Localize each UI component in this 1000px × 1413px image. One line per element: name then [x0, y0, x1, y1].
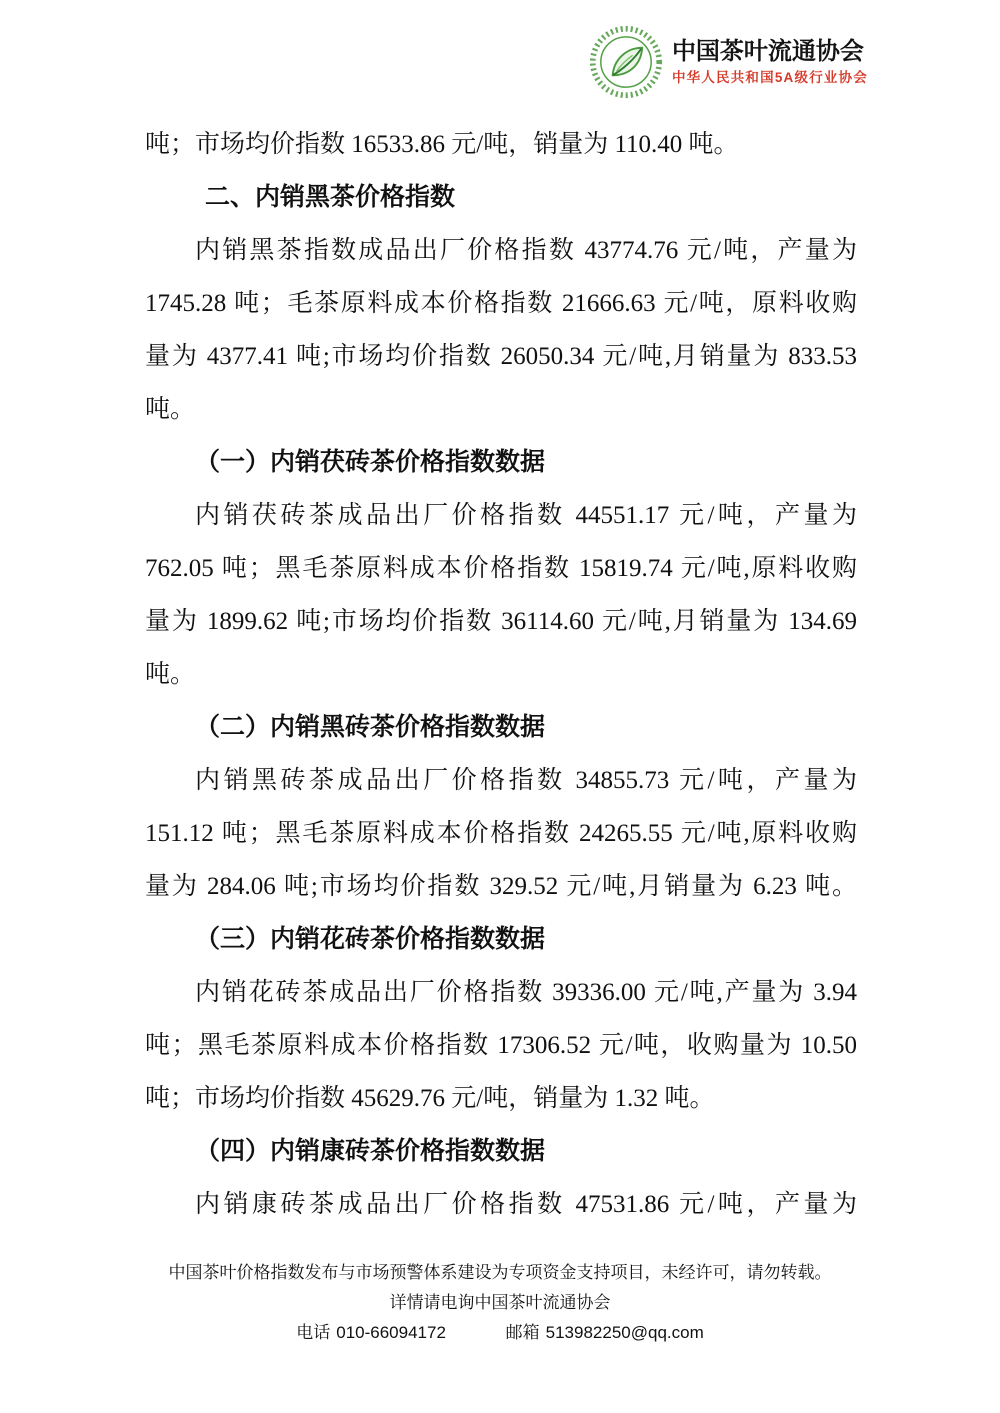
- body-line: 内销茯砖茶成品出厂价格指数 44551.17 元/吨，产量为: [145, 489, 857, 542]
- body-line: 内销康砖茶成品出厂价格指数 47531.86 元/吨，产量为: [145, 1178, 857, 1231]
- body-line: 吨。: [145, 648, 857, 701]
- footer-email-group: 邮箱513982250@qq.com: [506, 1323, 704, 1342]
- body-line: 量为 1899.62 吨;市场均价指数 36114.60 元/吨,月销量为 13…: [145, 595, 857, 648]
- body-line: 1745.28 吨；毛茶原料成本价格指数 21666.63 元/吨，原料收购: [145, 277, 857, 330]
- body-line: 吨；黑毛茶原料成本价格指数 17306.52 元/吨，收购量为 10.50: [145, 1019, 857, 1072]
- document-footer: 中国茶叶价格指数发布与市场预警体系建设为专项资金支持项目，未经许可，请勿转载。 …: [0, 1258, 1000, 1348]
- logo-title: 中国茶叶流通协会: [672, 36, 868, 68]
- body-line: 内销黑砖茶成品出厂价格指数 34855.73 元/吨，产量为: [145, 754, 857, 807]
- footer-phone-group: 电话010-66094172: [296, 1323, 446, 1342]
- body-line: 内销花砖茶成品出厂价格指数 39336.00 元/吨,产量为 3.94: [145, 966, 857, 1019]
- heading-black-tea-index: 二、内销黑茶价格指数: [145, 171, 857, 224]
- footer-inquiry: 详情请电询中国茶叶流通协会: [0, 1288, 1000, 1318]
- association-logo: 中国茶叶流通协会 中华人民共和国5A级行业协会: [588, 24, 868, 100]
- logo-text-block: 中国茶叶流通协会 中华人民共和国5A级行业协会: [672, 36, 868, 88]
- phone-number: 010-66094172: [336, 1323, 446, 1342]
- heading-kangzhuan-tea: （四）内销康砖茶价格指数数据: [145, 1125, 857, 1178]
- body-line: 吨；市场均价指数 16533.86 元/吨，销量为 110.40 吨。: [145, 118, 857, 171]
- body-line: 762.05 吨；黑毛茶原料成本价格指数 15819.74 元/吨,原料收购: [145, 542, 857, 595]
- body-line: 量为 284.06 吨;市场均价指数 329.52 元/吨,月销量为 6.23 …: [145, 860, 857, 913]
- email-address: 513982250@qq.com: [546, 1323, 704, 1342]
- footer-contact: 电话010-66094172 邮箱513982250@qq.com: [0, 1318, 1000, 1348]
- email-label: 邮箱: [506, 1323, 540, 1342]
- heading-huazhuan-tea: （三）内销花砖茶价格指数数据: [145, 913, 857, 966]
- tea-leaf-seal-icon: [588, 24, 664, 100]
- phone-label: 电话: [296, 1323, 330, 1342]
- body-line: 内销黑茶指数成品出厂价格指数 43774.76 元/吨，产量为: [145, 224, 857, 277]
- body-line: 吨。: [145, 383, 857, 436]
- footer-notice: 中国茶叶价格指数发布与市场预警体系建设为专项资金支持项目，未经许可，请勿转载。: [0, 1258, 1000, 1288]
- document-page: 中国茶叶流通协会 中华人民共和国5A级行业协会 吨；市场均价指数 16533.8…: [0, 0, 1000, 1413]
- body-line: 151.12 吨；黑毛茶原料成本价格指数 24265.55 元/吨,原料收购: [145, 807, 857, 860]
- document-body: 吨；市场均价指数 16533.86 元/吨，销量为 110.40 吨。 二、内销…: [145, 118, 857, 1231]
- logo-subtitle: 中华人民共和国5A级行业协会: [672, 68, 868, 88]
- heading-heizhuan-tea: （二）内销黑砖茶价格指数数据: [145, 701, 857, 754]
- heading-fuzhuan-tea: （一）内销茯砖茶价格指数数据: [145, 436, 857, 489]
- body-line: 吨；市场均价指数 45629.76 元/吨，销量为 1.32 吨。: [145, 1072, 857, 1125]
- body-line: 量为 4377.41 吨;市场均价指数 26050.34 元/吨,月销量为 83…: [145, 330, 857, 383]
